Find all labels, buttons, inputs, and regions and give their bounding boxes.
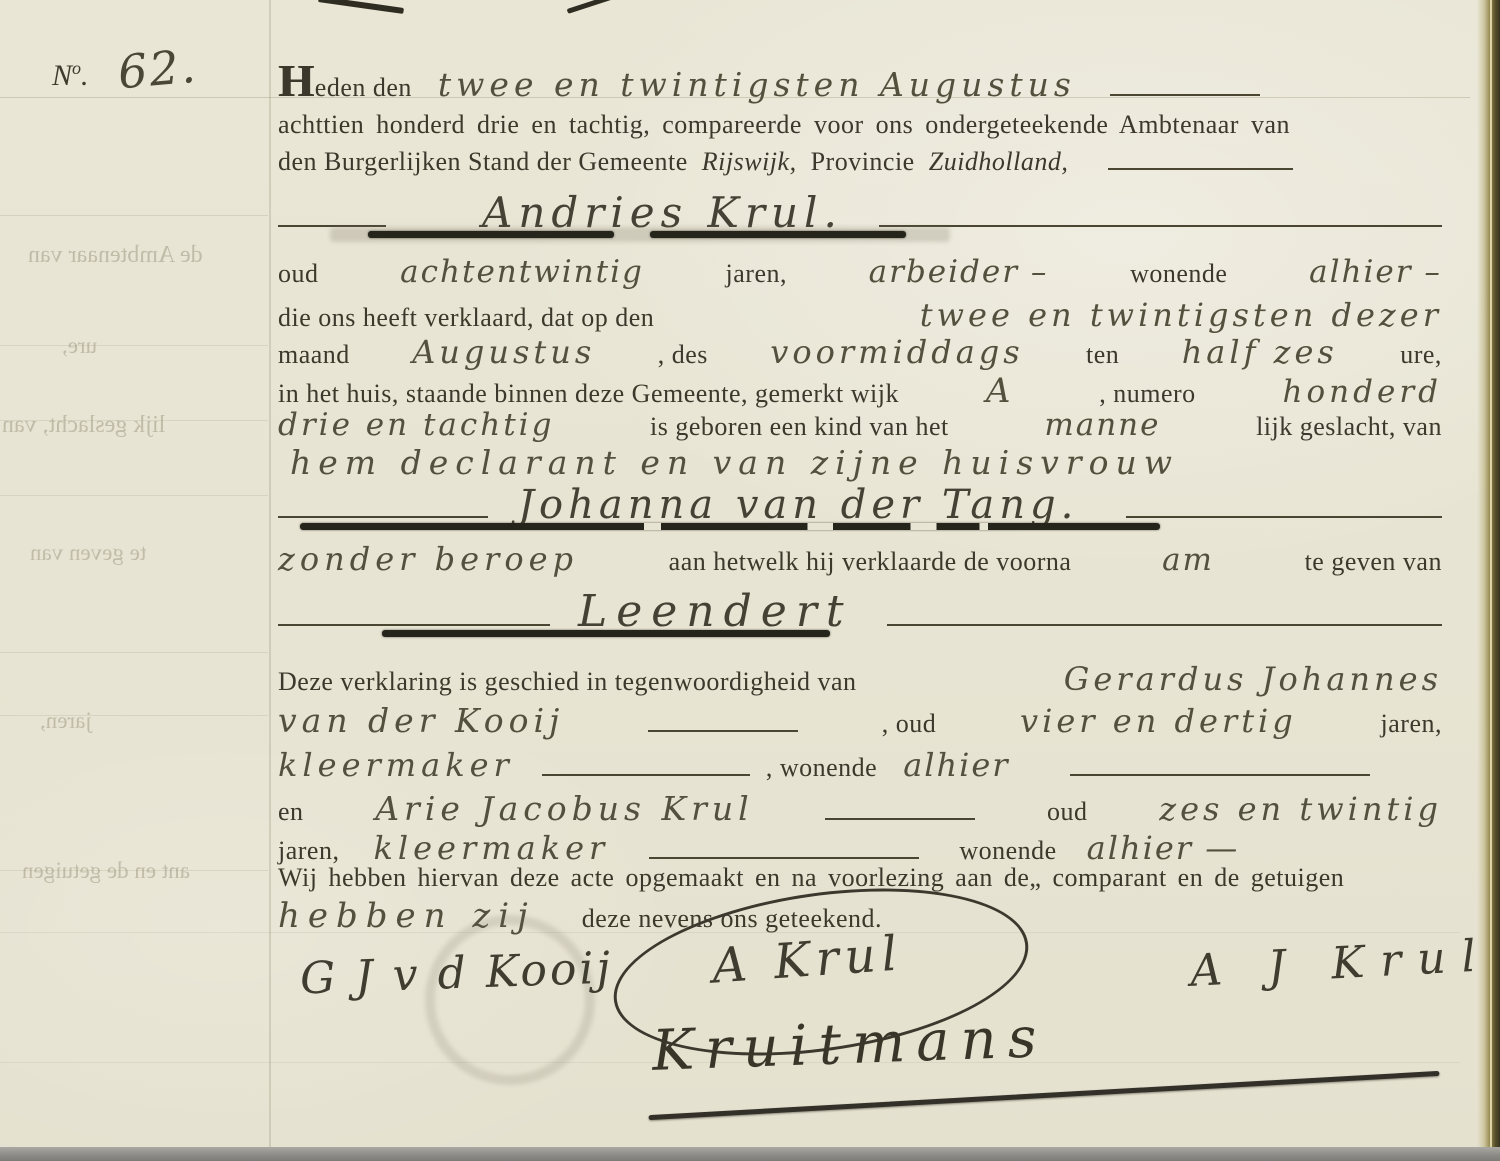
hw-day: twee en twintigsten dezer (920, 296, 1442, 334)
hw-witness2-name: Arie Jacobus Krul (375, 789, 753, 828)
hw-witness1-occupation: kleermaker (278, 746, 514, 784)
line-gemeente: den Burgerlijken Stand der Gemeente Rijs… (278, 147, 1442, 177)
line-mother-name: Johanna van der Tang. (278, 482, 1442, 528)
record-no-dot: . (81, 59, 89, 92)
hw-mother-name: Johanna van der Tang. (518, 482, 1078, 528)
line-declaration-day: die ons heeft verklaard, dat op den twee… (278, 296, 1442, 334)
hw-witness1-firstnames: Gerardus Johannes (1064, 660, 1442, 698)
drop-cap-h: H (278, 55, 315, 106)
printed-te-geven: te geven van (1305, 547, 1442, 577)
printed-oud3: oud (1047, 797, 1088, 827)
bleedthrough-text: te geven van (30, 540, 146, 566)
blank-rule (1126, 507, 1442, 518)
ink-remnant (567, 0, 624, 14)
register-line (0, 652, 268, 653)
signature-witness2: A J Krul (1189, 930, 1493, 997)
printed-wonende3: wonende (959, 836, 1056, 866)
hw-witness1-residence: alhier (903, 746, 1009, 784)
birth-certificate-scan: { "colors": { "paper": "#e9e6d6", "print… (0, 0, 1500, 1161)
hw-daypart: voormiddags (770, 333, 1023, 371)
hw-month: Augustus (412, 333, 595, 371)
blank-rule (879, 216, 1442, 227)
blank-rule (1110, 85, 1260, 96)
printed-des: , des (658, 340, 708, 370)
blank-rule (649, 848, 919, 859)
name-underline (368, 231, 614, 238)
printed-closing: Wij hebben hiervan deze acte opgemaakt e… (278, 863, 1344, 893)
hw-witness2-occupation: kleermaker (373, 829, 609, 867)
line-opening: Heden den twee en twintigsten Augustus (278, 58, 1442, 104)
printed-stand: den Burgerlijken Stand der Gemeente (278, 147, 688, 177)
blank-rule (542, 765, 750, 776)
hw-residence: alhier – (1309, 254, 1442, 290)
hw-witness2-age: zes en twintig (1159, 790, 1442, 828)
hw-hour: half zes (1182, 333, 1338, 371)
record-number-value: 62. (116, 39, 200, 100)
hw-wijk-letter: A (986, 371, 1013, 411)
printed-ure: ure, (1400, 340, 1442, 370)
printed-heden: Heden den (278, 58, 412, 104)
printed-year: achttien honderd drie en tachtig, compar… (278, 110, 1290, 140)
record-number-label: No. (52, 58, 89, 93)
line-month-hour: maand Augustus , des voormiddags ten hal… (278, 333, 1442, 371)
printed-tegenwoordigheid: Deze verklaring is geschied in tegenwoor… (278, 667, 857, 697)
margin-fold-line (269, 0, 271, 1147)
blank-rule (887, 615, 1442, 626)
blank-rule (1108, 159, 1293, 170)
printed-wonende2: , wonende (766, 753, 877, 783)
printed-huis: in het huis, staande binnen deze Gemeent… (278, 379, 899, 409)
line-beroep-voornaam: zonder beroep aan hetwelk hij verklaarde… (278, 540, 1442, 578)
printed-oud: oud (278, 259, 319, 289)
blank-rule (648, 721, 798, 732)
hw-witness2-residence: alhier — (1087, 829, 1240, 867)
printed-numero: , numero (1099, 379, 1195, 409)
register-line (0, 495, 268, 496)
page-edge-bottom (0, 1147, 1500, 1161)
bleedthrough-text: de Ambtenaar van (28, 242, 203, 269)
bleedthrough-text: ant en de getuigen (22, 858, 190, 884)
printed-wonende: wonende (1130, 259, 1227, 289)
hw-voornaam-suffix: am (1162, 542, 1214, 578)
printed-jaren2: jaren, (1381, 709, 1442, 739)
register-line (0, 345, 268, 346)
line-witness1: van der Kooij , oud vier en dertig jaren… (278, 701, 1442, 740)
line-witness2-occupation: jaren, kleermaker wonende alhier — (278, 829, 1442, 867)
blank-rule (825, 809, 975, 820)
hw-mother-occupation: zonder beroep (278, 540, 578, 578)
record-no-n: N (52, 59, 72, 92)
line-witness1-occupation: kleermaker , wonende alhier (278, 746, 1442, 784)
blank-rule (278, 216, 386, 227)
printed-verklaard: die ons heeft verklaard, dat op den (278, 303, 654, 333)
printed-hetwelk: aan hetwelk hij verklaarde de voorna (669, 547, 1072, 577)
printed-heden-rest: eden den (315, 73, 412, 102)
printed-jaren3: jaren, (278, 836, 339, 866)
name-underline-dashed (300, 523, 1160, 530)
hw-witness1-surname: van der Kooij (278, 701, 564, 740)
name-underline (382, 630, 830, 637)
line-parents: hem declarant en van zijne huisvrouw (278, 443, 1442, 482)
line-witnesses-intro: Deze verklaring is geschied in tegenwoor… (278, 660, 1442, 698)
hw-sex: manne (1044, 407, 1160, 443)
printed-provincie: Provincie (811, 147, 915, 177)
line-age-occupation: oud achtentwintig jaren, arbeider – wone… (278, 254, 1442, 290)
line-year: achttien honderd drie en tachtig, compar… (278, 110, 1442, 140)
blank-rule (278, 615, 550, 626)
printed-place: Rijswijk, (702, 147, 797, 177)
hw-number-part1: honderd (1283, 374, 1442, 410)
hw-age: achtentwintig (400, 254, 644, 290)
bleedthrough-text: ure, (62, 333, 97, 359)
hw-occupation: arbeider – (869, 254, 1049, 290)
bleedthrough-text: jaren, (40, 708, 92, 734)
printed-jaren: jaren, (726, 259, 787, 289)
printed-geboren: is geboren een kind van het (650, 412, 949, 442)
hw-number-part2: drie en tachtig (278, 407, 554, 443)
ink-stamp-smudge (425, 915, 595, 1085)
line-house-wijk: in het huis, staande binnen deze Gemeent… (278, 371, 1442, 411)
bleedthrough-text: lijk geslacht, van (2, 412, 165, 439)
hw-act-date: twee en twintigsten Augustus (438, 65, 1076, 104)
register-line (0, 215, 268, 216)
printed-en: en (278, 797, 304, 827)
signature-official: Kruitmans (651, 1005, 1048, 1084)
hw-witness1-age: vier en dertig (1020, 702, 1297, 740)
printed-geslacht: lijk geslacht, van (1256, 412, 1442, 442)
name-underline (650, 231, 906, 238)
printed-oud2: , oud (882, 709, 937, 739)
printed-province-name: Zuidholland, (929, 147, 1069, 177)
line-birth-sex: drie en tachtig is geboren een kind van … (278, 407, 1442, 443)
signature-witness1: G J v d Kooij (299, 943, 614, 1005)
blank-rule (1070, 765, 1370, 776)
line-witness2: en Arie Jacobus Krul oud zes en twintig (278, 789, 1442, 828)
hw-parents: hem declarant en van zijne huisvrouw (290, 443, 1179, 482)
ink-remnant (318, 0, 404, 14)
printed-ten: ten (1086, 340, 1119, 370)
printed-maand: maand (278, 340, 350, 370)
blank-rule (278, 507, 488, 518)
record-no-sup: o (72, 58, 81, 78)
